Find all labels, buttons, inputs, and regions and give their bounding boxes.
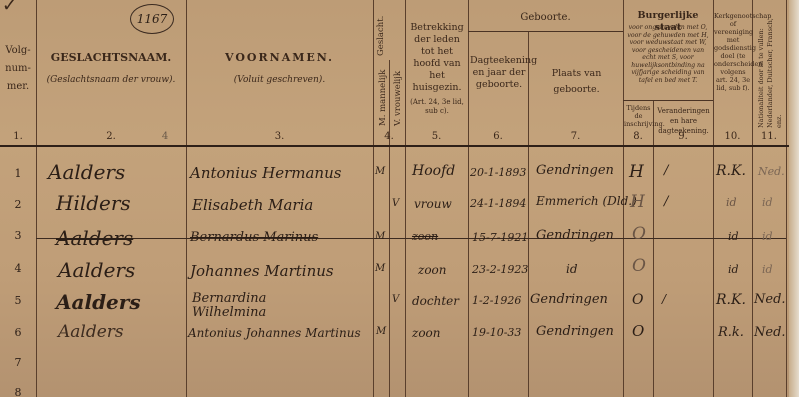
geboorte-underline [468, 31, 623, 32]
birth-place: Gendringen [536, 228, 614, 243]
nationality: Ned. [754, 292, 786, 307]
birth-date: 23-2-1923 [472, 263, 528, 276]
given-names: Bernardina Wilhelmina [192, 292, 342, 320]
row-number: 3 [0, 229, 36, 242]
civil-status: O [632, 322, 644, 340]
colnum-10: 10. [713, 131, 752, 142]
given-names: Johannes Martinus [190, 262, 334, 280]
colnum-1: 1. [0, 131, 36, 142]
header-tijdens: Tijdens de inschrijving. [624, 104, 653, 128]
row-number: 6 [0, 326, 36, 339]
religion: R.K. [716, 163, 746, 179]
strike-through-line [36, 238, 786, 239]
sex: V [392, 198, 399, 209]
surname: Aalders [56, 290, 141, 314]
religion: id [728, 230, 739, 243]
religion: id [728, 263, 739, 276]
header-kerkgenootschap: Kerkgenootschap of vereeniging met godsd… [714, 12, 752, 92]
column-divider [373, 0, 374, 397]
given-names: Elisabeth Maria [192, 196, 313, 214]
changes: / [662, 292, 666, 306]
changes: / [664, 194, 668, 209]
surname: Aalders [48, 160, 125, 184]
colnum-3: 3. [186, 131, 373, 142]
pencil-note: 4 [150, 131, 180, 142]
header-mannelijk: M. mannelijk [378, 62, 388, 126]
given-names: Antonius Johannes Martinus [188, 326, 361, 340]
column-divider [468, 0, 469, 397]
header-geslacht: Geslacht. [376, 8, 386, 56]
colnum-7: 7. [528, 131, 623, 142]
header-burgerlijke-sub: voor ongehuwden met O, voor de gehuwden … [625, 24, 711, 84]
nationality: Ned. [754, 325, 786, 340]
religion: id [726, 196, 737, 209]
birth-date: 24-1-1894 [470, 197, 526, 210]
population-register-page: 1167 ✓ Volg- num- mer. GESLACHTSNAAM. (G… [0, 0, 799, 397]
page-edge [789, 0, 799, 397]
header-geslachtsnaam: GESLACHTSNAAM. [36, 52, 186, 64]
header-volgnummer: Volg- num- mer. [0, 42, 36, 96]
row-number: 7 [0, 356, 36, 369]
archive-stamp: 1167 [130, 4, 174, 34]
birth-place: Gendringen [536, 324, 614, 339]
colnum-8: 8. [623, 131, 653, 142]
birth-date: 1-2-1926 [472, 294, 521, 307]
row-number: 2 [0, 198, 36, 211]
civil-status: O [632, 256, 646, 276]
nationality: id [762, 263, 773, 276]
row-number: 4 [0, 262, 36, 275]
colnum-4: 4. [373, 131, 405, 142]
row-number: 5 [0, 294, 36, 307]
header-nationaliteit: Nationaliteit door in te vullen: Nederla… [757, 10, 783, 128]
civil-status: H [630, 192, 645, 212]
column-divider [528, 32, 529, 397]
header-voornamen-sub: (Voluit geschreven). [186, 74, 373, 86]
column-divider [389, 60, 390, 397]
sex: M [376, 326, 386, 337]
religion: R.K. [716, 292, 746, 308]
birth-place: Emmerich (Dld.) [536, 194, 637, 208]
birth-date: 20-1-1893 [470, 166, 526, 179]
civil-status: O [632, 292, 643, 308]
header-vrouwelijk: V. vrouwelijk [393, 62, 403, 126]
header-betrekking-sub: (Art. 24, 3e lid, sub c). [406, 98, 468, 116]
birth-place: id [566, 262, 578, 276]
relation: dochter [412, 294, 459, 308]
given-names: Antonius Hermanus [190, 164, 341, 182]
birth-place: Gendringen [530, 292, 608, 307]
given-names: Bernardus Marinus [190, 230, 318, 245]
row-number: 1 [0, 167, 36, 180]
header-dagteekening: Dagteekening en jaar der geboorte. [470, 55, 528, 91]
surname: Aalders [56, 226, 133, 250]
header-voornamen: VOORNAMEN. [186, 52, 373, 64]
birth-date: 19-10-33 [472, 326, 521, 339]
burgerlijke-underline [623, 100, 713, 101]
relation: vrouw [414, 197, 452, 211]
header-geboorte: Geboorte. [468, 12, 623, 24]
colnum-11: 11. [752, 131, 786, 142]
relation: zoon [418, 263, 447, 277]
header-plaats: Plaats van geboorte. [530, 66, 623, 98]
birth-date: 15-7-1921 [472, 231, 528, 244]
check-mark: ✓ [2, 0, 17, 12]
nationality: id [762, 196, 773, 209]
header-bottom-rule [0, 145, 790, 147]
relation: zoon [412, 326, 441, 340]
header-geslachtsnaam-sub: (Geslachtsnaam der vrouw). [36, 74, 186, 86]
nationality: id [762, 230, 773, 243]
surname: Aalders [58, 322, 124, 342]
column-divider [786, 0, 787, 397]
relation: Hoofd [412, 163, 455, 179]
sex: V [392, 294, 399, 305]
colnum-6: 6. [468, 131, 528, 142]
relation: zoon [412, 230, 438, 243]
colnum-9: 9. [653, 131, 713, 142]
nationality: Ned. [758, 165, 785, 178]
sex: M [375, 263, 385, 274]
row-number: 8 [0, 386, 36, 397]
birth-place: Gendringen [536, 163, 614, 178]
civil-status: O [632, 224, 646, 244]
changes: / [664, 163, 668, 178]
civil-status: H [629, 162, 644, 182]
surname: Hilders [56, 191, 131, 215]
sex: M [375, 231, 385, 242]
sex: M [375, 166, 385, 177]
colnum-5: 5. [405, 131, 468, 142]
religion: R.k. [718, 325, 744, 340]
header-betrekking: Betrekking der leden tot het hoofd van h… [406, 22, 468, 94]
surname: Aalders [58, 258, 135, 282]
